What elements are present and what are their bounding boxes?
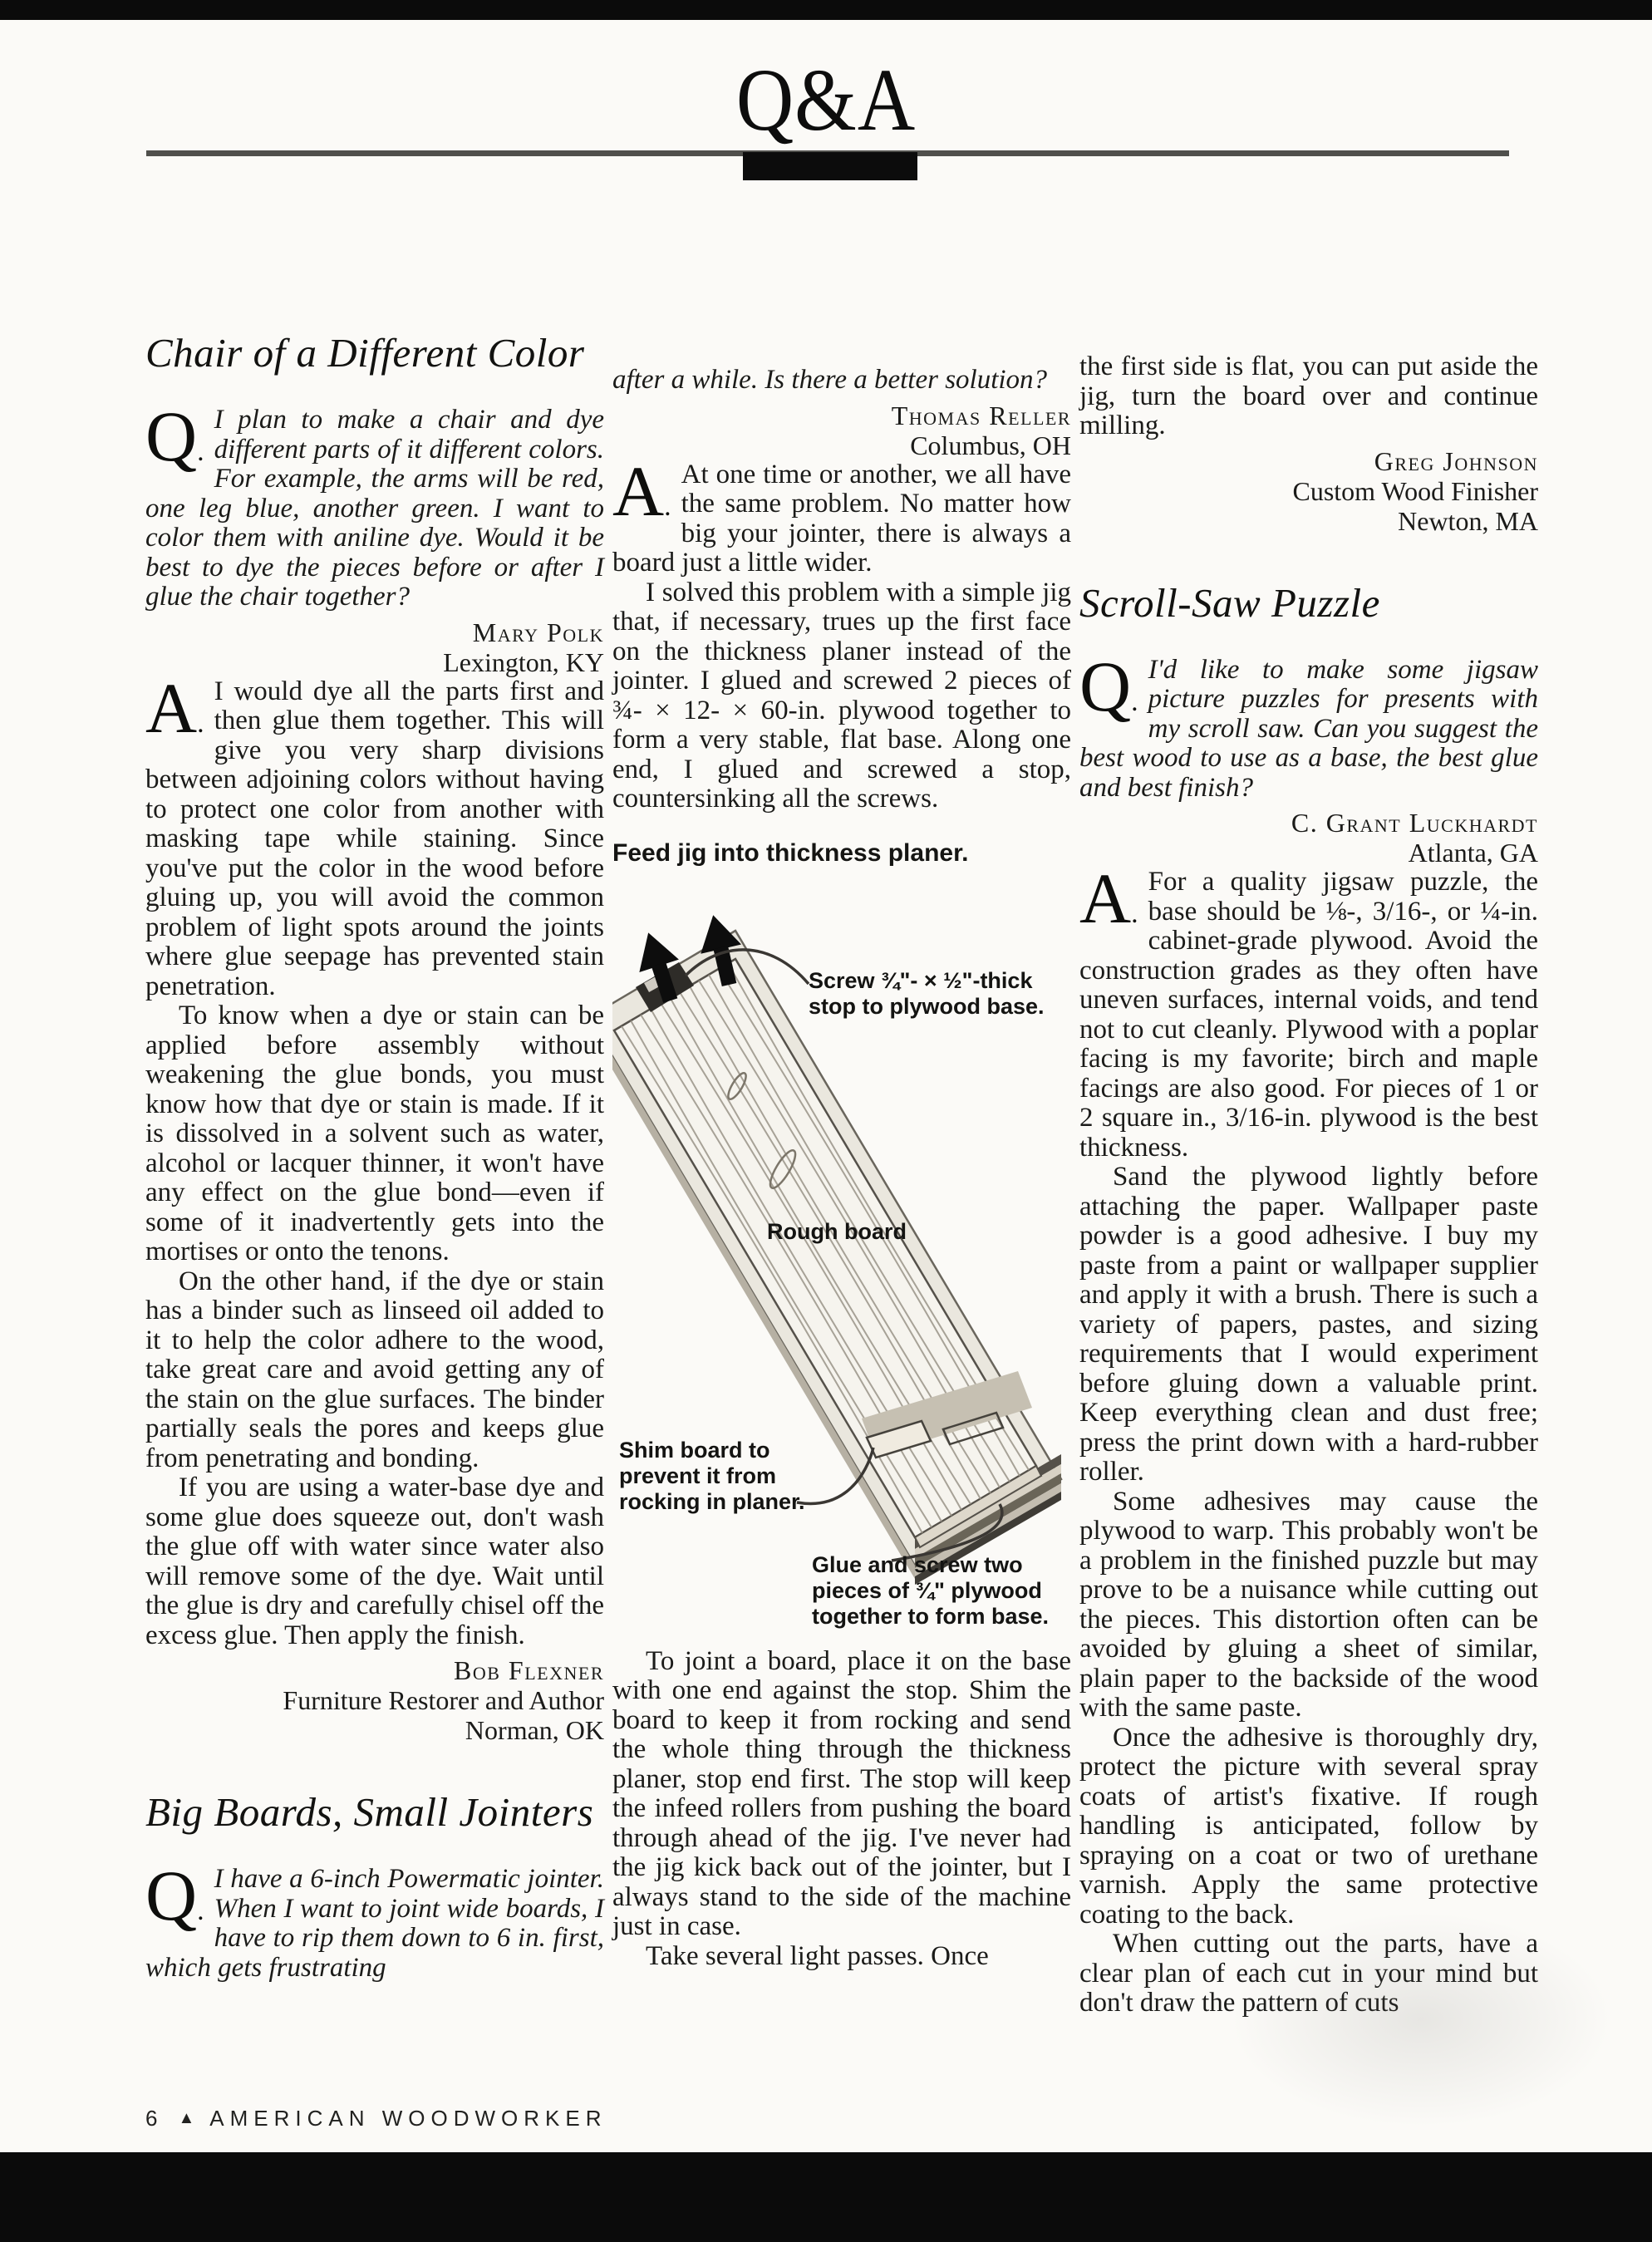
question-paragraph: Q.I have a 6-inch Powermatic jointer. Wh… (145, 1865, 604, 1983)
answer-paragraph: To joint a board, place it on the base w… (612, 1647, 1071, 1942)
column-2: after a while. Is there a better solutio… (612, 331, 1071, 1971)
magazine-page: Q&A Chair of a Different Color Q.I plan … (0, 0, 1652, 2242)
figure-label-screw: Screw ¾"- × ½"-thick stop to plywood bas… (809, 968, 1083, 1020)
answer-paragraph: A.I would dye all the parts first and th… (145, 677, 604, 1002)
dropcap-q: Q. (145, 406, 214, 479)
byline: Bob Flexner Furniture Restorer and Autho… (145, 1655, 604, 1745)
dropcap-a: A. (145, 677, 214, 751)
jig-figure: Feed jig into thickness planer. (612, 839, 1071, 1630)
triangle-bullet-icon: ▲ (178, 2109, 194, 2128)
byline: Greg Johnson Custom Wood Finisher Newton… (1079, 446, 1538, 536)
byline-name: Greg Johnson (1079, 446, 1538, 476)
answer-continuation: the first side is flat, you can put asid… (1079, 352, 1538, 441)
answer-paragraph: A.At one time or another, we all have th… (612, 460, 1071, 578)
question-continuation: after a while. Is there a better solutio… (612, 366, 1071, 396)
column-3: the first side is flat, you can put asid… (1079, 331, 1538, 2018)
byline-name: Mary Polk (145, 617, 604, 647)
answer-paragraph: Take several light passes. Once (612, 1942, 1071, 1972)
figure-label-shim: Shim board to prevent it from rocking in… (619, 1438, 828, 1515)
answer-paragraph: I solved this problem with a simple jig … (612, 578, 1071, 814)
dropcap-q: Q. (145, 1865, 214, 1939)
question-heading: Scroll-Saw Puzzle (1079, 581, 1538, 626)
scan-edge-bottom (0, 2152, 1652, 2242)
page-shadow (1230, 1911, 1612, 2127)
page-footer: 6 ▲ AMERICAN WOODWORKER (145, 2106, 607, 2131)
byline-name: C. Grant Luckhardt (1079, 808, 1538, 838)
answer-paragraph: On the other hand, if the dye or stain h… (145, 1267, 604, 1474)
byline-name: Thomas Reller (612, 401, 1071, 430)
byline-name: Bob Flexner (145, 1655, 604, 1685)
scan-edge-top (0, 0, 1652, 20)
answer-paragraph: If you are using a water-base dye and so… (145, 1473, 604, 1650)
question-heading: Chair of a Different Color (145, 331, 604, 376)
column-1: Chair of a Different Color Q.I plan to m… (145, 331, 604, 1983)
dropcap-a: A. (1079, 868, 1148, 942)
byline-role: Custom Wood Finisher (1079, 476, 1538, 506)
magazine-name: AMERICAN WOODWORKER (209, 2106, 607, 2131)
byline: Mary Polk Lexington, KY (145, 617, 604, 677)
answer-paragraph: Once the adhesive is thoroughly dry, pro… (1079, 1723, 1538, 1930)
question-heading: Big Boards, Small Jointers (145, 1790, 604, 1835)
dropcap-a: A. (612, 460, 681, 534)
byline-role: Furniture Restorer and Author (145, 1685, 604, 1715)
page-title: Q&A (0, 53, 1652, 146)
answer-paragraph: Sand the plywood lightly before attachin… (1079, 1163, 1538, 1487)
answer-paragraph: Some adhesives may cause the plywood to … (1079, 1487, 1538, 1723)
byline-location: Atlanta, GA (1079, 838, 1538, 868)
answer-paragraph: A.For a quality jigsaw puzzle, the base … (1079, 868, 1538, 1163)
byline-location: Lexington, KY (145, 647, 604, 677)
byline-location: Columbus, OH (612, 430, 1071, 460)
figure-caption: Feed jig into thickness planer. (612, 839, 1071, 868)
figure-label-rough-board: Rough board (767, 1219, 907, 1245)
byline-location: Newton, MA (1079, 506, 1538, 536)
header-title-bar (743, 152, 917, 180)
question-paragraph: Q.I plan to make a chair and dye differe… (145, 406, 604, 612)
byline: Thomas Reller Columbus, OH (612, 401, 1071, 460)
jig-illustration: Screw ¾"- × ½"-thick stop to plywood bas… (612, 883, 1071, 1630)
dropcap-q: Q. (1079, 656, 1148, 730)
figure-label-glue: Glue and screw two pieces of ¾" plywood … (812, 1552, 1074, 1630)
byline: C. Grant Luckhardt Atlanta, GA (1079, 808, 1538, 868)
page-number: 6 (145, 2106, 163, 2131)
question-paragraph: Q.I'd like to make some jigsaw picture p… (1079, 656, 1538, 804)
answer-paragraph: To know when a dye or stain can be appli… (145, 1001, 604, 1267)
byline-location: Norman, OK (145, 1715, 604, 1745)
